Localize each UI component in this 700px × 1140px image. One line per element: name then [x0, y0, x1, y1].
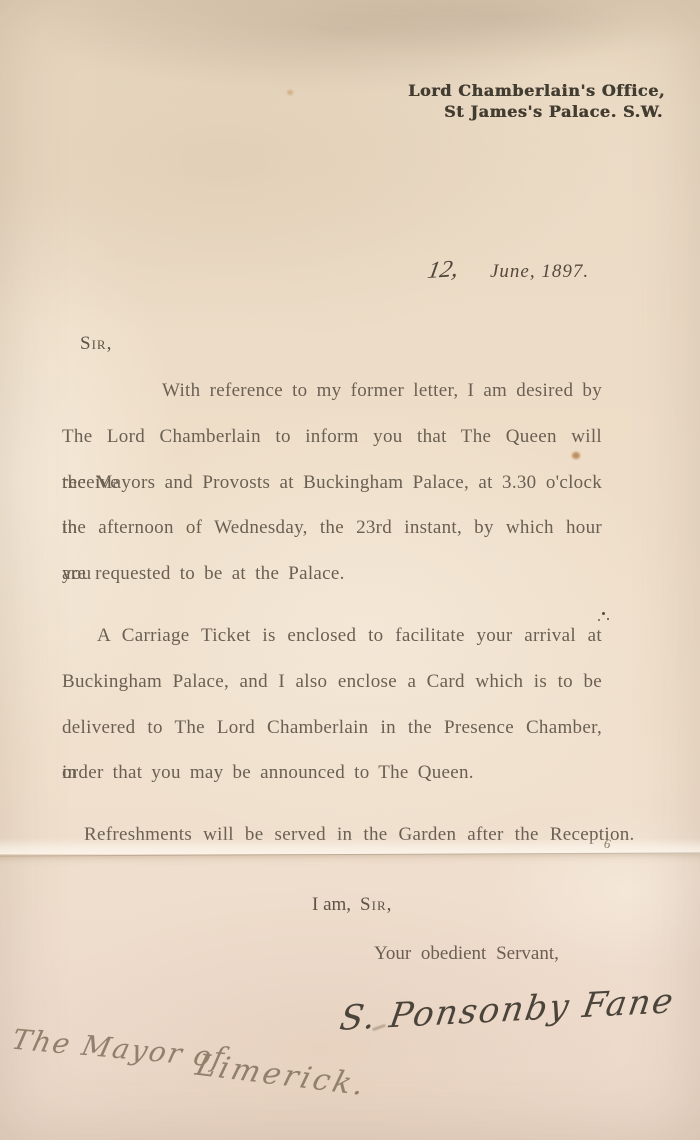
paper-fold-highlight [0, 838, 700, 854]
signature: S. Ponsonby Fane [337, 981, 678, 1039]
foxing-stain-small [287, 90, 293, 95]
printed-date: June, 1897. [490, 261, 589, 282]
paragraph-1-line-5: are requested to be at the Palace. [62, 551, 602, 597]
paragraph-1-line-2: The Lord Chamberlain to inform you that … [62, 414, 602, 460]
paragraph-1-line-4: the afternoon of Wednesday, the 23rd ins… [62, 505, 602, 551]
closing-sir: Sir, [360, 894, 392, 915]
letter-page: Lord Chamberlain's Office, St James's Pa… [0, 0, 700, 1140]
paragraph-1: With reference to my former letter, I am… [62, 368, 602, 597]
ink-speck [598, 619, 600, 621]
letterhead: Lord Chamberlain's Office, St James's Pa… [408, 80, 665, 122]
paragraph-1-line-1: With reference to my former letter, I am… [62, 368, 602, 414]
letterhead-office-line: Lord Chamberlain's Office, [408, 80, 665, 101]
salutation: Sir, [80, 333, 112, 355]
paragraph-2: A Carriage Ticket is enclosed to facilit… [62, 613, 602, 796]
closing-servant-line: Your obedient Servant, [374, 943, 559, 965]
letterhead-palace-line: St James's Palace. S.W. [408, 101, 665, 122]
paragraph-2-line-4: order that you may be announced to The Q… [62, 750, 602, 796]
closing-line: I am,Sir, [312, 894, 392, 916]
paper-crease [0, 852, 700, 865]
ink-speck [607, 618, 609, 620]
pencil-annotation-city: Limerick. [192, 1048, 371, 1103]
date-line: 12,June, 1897. [428, 257, 589, 284]
closing-prefix: I am, [312, 894, 351, 915]
foxing-stain [572, 452, 580, 459]
ink-speck [602, 612, 605, 615]
paragraph-2-line-2: Buckingham Palace, and I also enclose a … [62, 659, 602, 705]
paragraph-2-line-3: delivered to The Lord Chamberlain in the… [62, 705, 602, 751]
paragraph-2-line-1: A Carriage Ticket is enclosed to facilit… [62, 613, 602, 659]
handwritten-day: 12, [425, 256, 460, 285]
paragraph-1-line-3: the Mayors and Provosts at Buckingham Pa… [62, 460, 602, 506]
